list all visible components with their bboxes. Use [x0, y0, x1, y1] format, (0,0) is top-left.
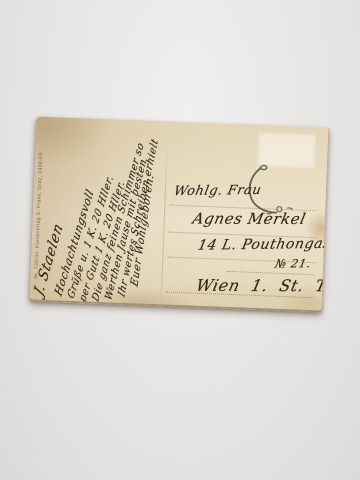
address-street: 14 L. Pouthongasse — [196, 236, 329, 254]
address-number: № 21. — [274, 256, 313, 271]
postcard: Nr. 728/34. Kunstverlag S. Frank, Graz, … — [30, 116, 330, 312]
address-line-rule — [227, 271, 315, 275]
address-city: Wien 1. St. T. 25. — [194, 276, 329, 296]
address-salutation: Wohlg. Frau — [172, 183, 262, 199]
divider-line — [161, 151, 168, 301]
address-name: Agnes Merkel — [191, 209, 308, 227]
photo-background: Nr. 728/34. Kunstverlag S. Frank, Graz, … — [0, 0, 360, 480]
